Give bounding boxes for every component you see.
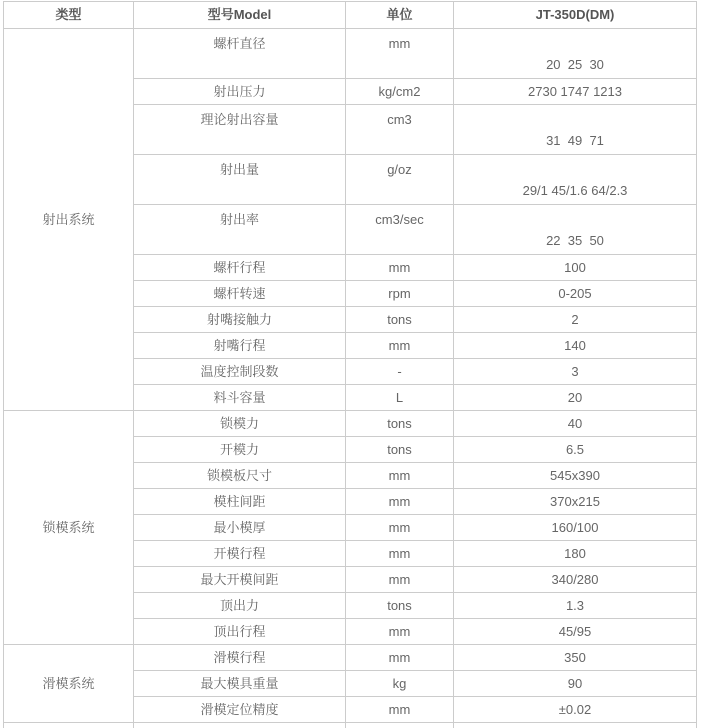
- spec-value-cell: 29/1 45/1.6 64/2.3: [454, 155, 697, 205]
- spec-value-cell: 22 35 50: [454, 205, 697, 255]
- spec-value-cell: 40: [454, 411, 697, 437]
- spec-unit-cell: tons: [346, 411, 454, 437]
- spec-label-cell: 最大开模间距: [134, 567, 346, 593]
- header-unit: 单位: [346, 2, 454, 29]
- spec-label-cell: 开模力: [134, 437, 346, 463]
- spec-unit-cell: L: [346, 385, 454, 411]
- header-model: 型号Model: [134, 2, 346, 29]
- spec-unit-cell: g/oz: [346, 155, 454, 205]
- spec-label-cell: 射嘴行程: [134, 333, 346, 359]
- spec-label-cell: 螺杆直径: [134, 29, 346, 79]
- spec-unit-cell: tons: [346, 307, 454, 333]
- spec-label-cell: 滑模行程: [134, 645, 346, 671]
- table-row: 射出系统螺杆直径 mm 20 25 30: [4, 29, 697, 79]
- spec-label-cell: 锁模板尺寸: [134, 463, 346, 489]
- spec-unit-cell: mm: [346, 489, 454, 515]
- spec-value-cell: 31 49 71: [454, 105, 697, 155]
- spec-page: 类型 型号Model 单位 JT-350D(DM) 射出系统螺杆直径 mm 20…: [0, 0, 704, 728]
- spec-unit-cell: tons: [346, 437, 454, 463]
- category-cell: 射出系统: [4, 29, 134, 411]
- spec-label-cell: 顶出行程: [134, 619, 346, 645]
- spec-unit-cell: -: [346, 359, 454, 385]
- spec-unit-cell: kg/cm2: [346, 79, 454, 105]
- spec-label-cell: 射嘴接触力: [134, 307, 346, 333]
- spec-unit-cell: mm: [346, 255, 454, 281]
- spec-label-cell: 最小模厚: [134, 515, 346, 541]
- partial-cell: [346, 723, 454, 728]
- spec-unit-cell: kg: [346, 671, 454, 697]
- spec-unit-cell: mm: [346, 567, 454, 593]
- spec-value-cell: 20 25 30: [454, 29, 697, 79]
- spec-value-cell: 0-205: [454, 281, 697, 307]
- category-cell: 锁模系统: [4, 411, 134, 645]
- partial-cell: [454, 723, 697, 728]
- table-row: 锁模系统锁模力tons40: [4, 411, 697, 437]
- spec-value-cell: 100: [454, 255, 697, 281]
- spec-value-cell: 545x390: [454, 463, 697, 489]
- spec-value-cell: 45/95: [454, 619, 697, 645]
- spec-unit-cell: mm: [346, 333, 454, 359]
- spec-label-cell: 射出压力: [134, 79, 346, 105]
- spec-unit-cell: mm: [346, 541, 454, 567]
- spec-label-cell: 温度控制段数: [134, 359, 346, 385]
- spec-unit-cell: cm3/sec: [346, 205, 454, 255]
- spec-value-cell: 1.3: [454, 593, 697, 619]
- spec-unit-cell: mm: [346, 515, 454, 541]
- spec-value-cell: ±0.02: [454, 697, 697, 723]
- spec-value-cell: 140: [454, 333, 697, 359]
- spec-unit-cell: mm: [346, 645, 454, 671]
- spec-value-cell: 340/280: [454, 567, 697, 593]
- category-cell: 滑模系统: [4, 645, 134, 723]
- spec-value-cell: 6.5: [454, 437, 697, 463]
- spec-label-cell: 螺杆行程: [134, 255, 346, 281]
- spec-value-cell: 370x215: [454, 489, 697, 515]
- header-type: 类型: [4, 2, 134, 29]
- spec-unit-cell: cm3: [346, 105, 454, 155]
- spec-label-cell: 模柱间距: [134, 489, 346, 515]
- spec-value-cell: 90: [454, 671, 697, 697]
- spec-value-cell: 180: [454, 541, 697, 567]
- spec-value-cell: 2: [454, 307, 697, 333]
- table-row: 滑模系统滑模行程mm350: [4, 645, 697, 671]
- spec-value-cell: 350: [454, 645, 697, 671]
- spec-value-cell: 2730 1747 1213: [454, 79, 697, 105]
- spec-label-cell: 锁模力: [134, 411, 346, 437]
- spec-value-cell: 160/100: [454, 515, 697, 541]
- spec-unit-cell: tons: [346, 593, 454, 619]
- spec-label-cell: 开模行程: [134, 541, 346, 567]
- header-model-value: JT-350D(DM): [454, 2, 697, 29]
- spec-label-cell: 射出量: [134, 155, 346, 205]
- partial-cell: [134, 723, 346, 728]
- spec-label-cell: 料斗容量: [134, 385, 346, 411]
- spec-label-cell: 螺杆转速: [134, 281, 346, 307]
- spec-value-cell: 3: [454, 359, 697, 385]
- spec-unit-cell: mm: [346, 463, 454, 489]
- spec-unit-cell: mm: [346, 29, 454, 79]
- spec-table: 类型 型号Model 单位 JT-350D(DM) 射出系统螺杆直径 mm 20…: [3, 1, 697, 728]
- spec-value-cell: 20: [454, 385, 697, 411]
- spec-unit-cell: rpm: [346, 281, 454, 307]
- spec-label-cell: 射出率: [134, 205, 346, 255]
- spec-label-cell: 最大模具重量: [134, 671, 346, 697]
- spec-table-body: 类型 型号Model 单位 JT-350D(DM) 射出系统螺杆直径 mm 20…: [4, 2, 697, 728]
- spec-unit-cell: mm: [346, 697, 454, 723]
- spec-label-cell: 顶出力: [134, 593, 346, 619]
- spec-unit-cell: mm: [346, 619, 454, 645]
- partial-cell: [4, 723, 134, 728]
- header-row: 类型 型号Model 单位 JT-350D(DM): [4, 2, 697, 29]
- spec-label-cell: 理论射出容量: [134, 105, 346, 155]
- spec-label-cell: 滑模定位精度: [134, 697, 346, 723]
- partial-row: [4, 723, 697, 728]
